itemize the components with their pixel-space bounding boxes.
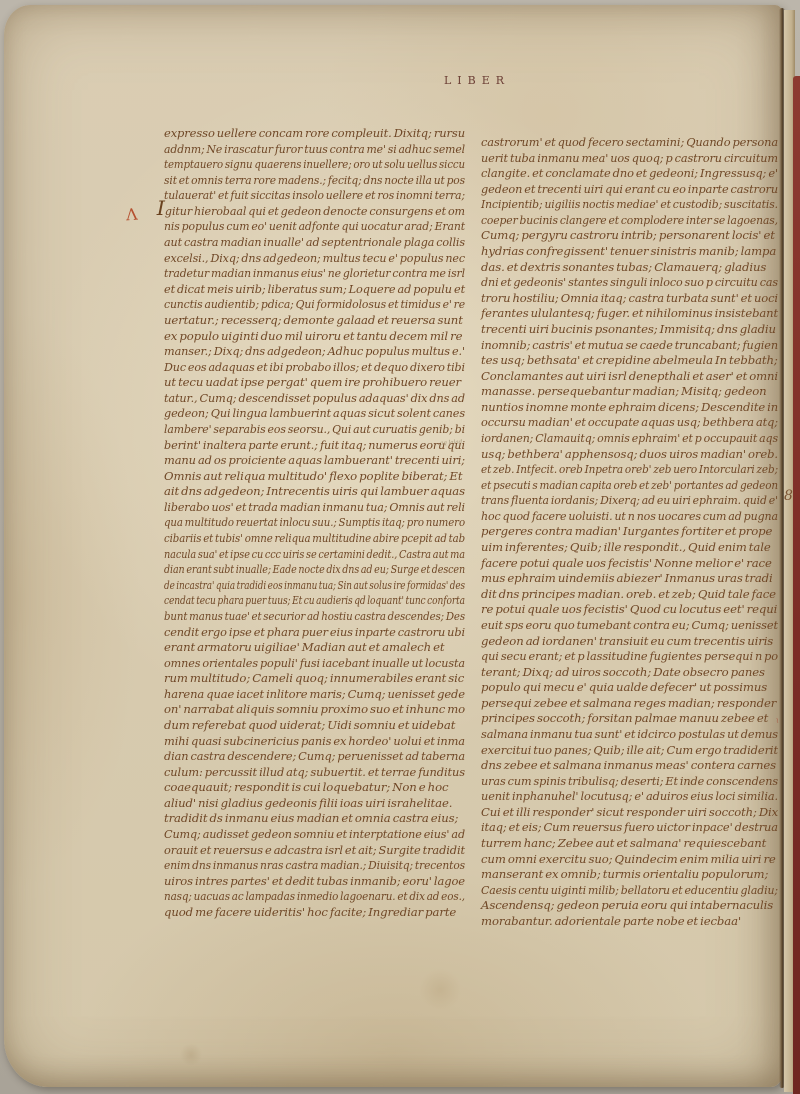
text-line-content: temptauero signu quaerens inuellere; oro… (164, 157, 465, 173)
text-line-content: Ascendensq; gedeon peruia eoru qui intab… (481, 898, 773, 914)
text-line-content: pergeres contra madian' Iurgantes fortit… (481, 524, 772, 540)
chapter-mark-8-icon: 8 (784, 488, 793, 504)
text-line-content: Omnis aut reliqua multitudo' flexo popli… (164, 469, 462, 485)
text-line-content: Cumq; audisset gedeon somniu et interpta… (164, 827, 465, 843)
text-line-content: Igitur hierobaal qui et gedeon denocte c… (164, 201, 465, 220)
text-line-content: tradetur madian inmanus eius' ne gloriet… (164, 266, 465, 282)
text-line-content: gedeon; Qui lingua lambuerint aquas sicu… (164, 406, 465, 422)
text-line-content: addnm; Ne irascatur furor tuus contra me… (164, 142, 465, 158)
text-line-content: inomnib; castris' et mutua se caede trun… (481, 338, 778, 354)
text-line-content: dian erant subt inualle; Eade nocte dix … (164, 562, 465, 578)
text-line-content: castrorum' et quod fecero sectamini; Qua… (481, 135, 778, 151)
text-line-content: et dicat meis uirib; liberatus sum; Loqu… (164, 282, 465, 298)
left-text-column: expresso uellere concam rore compleuit. … (164, 122, 465, 916)
text-line-content: Duc eos adaquas et ibi probabo illos; et… (164, 360, 465, 376)
text-line-content: re potui quale uos fecistis' Quod cu loc… (481, 602, 777, 618)
text-line-content: coeper bucinis clangere et complodere in… (481, 213, 778, 229)
text-line-content: dum referebat quod uiderat; Uidi somniu … (164, 718, 455, 734)
text-line-content: troru hostiliu; Omnia itaq; castra turba… (481, 291, 778, 307)
text-line-content: coaequauit; respondit is cui loquebatur;… (164, 780, 448, 796)
text-line-content: cunctis audientib; pdica; Qui formidolos… (164, 297, 465, 313)
text-line-content: ferantes ululantesq; fuger. et nihilomin… (481, 306, 778, 322)
text-line-content: dian castra descendere; Cumq; peruenisse… (164, 749, 465, 765)
text-line-content: aut castra madian inualle' ad septentrio… (164, 235, 465, 251)
text-line-content: ex populo uiginti duo mil uiroru et tant… (164, 329, 462, 345)
text-line-content: nuntios inomne monte ephraim dicens; Des… (481, 400, 778, 416)
text-line-content: terant; Dixq; ad uiros soccoth; Date obs… (481, 665, 765, 681)
text-line-content: hoc quod facere uoluisti. ut n nos uocar… (481, 509, 778, 525)
text-line-content: hydrias confregissent' tenuer sinistris … (481, 244, 776, 260)
text-line-content: turrem hanc; Zebee aut et salmana' requi… (481, 836, 766, 852)
text-line-content: excelsi., Dixq; dns adgedeon; multus tec… (164, 251, 465, 267)
text-line-content: aliud' nisi gladius gedeonis filii ioas … (164, 796, 452, 812)
text-line-content: ait dns adgedeon; Intrecentis uiris qui … (164, 484, 465, 500)
text-line-content: das. et dextris sonantes tubas; Clamauer… (481, 260, 766, 276)
text-line-content: usq; bethbera' apphensosq; duos uiros ma… (481, 447, 778, 463)
text-line: Igitur hierobaal qui et gedeon denocte c… (164, 200, 465, 216)
text-line-content: principes soccoth; forsitan palmae manuu… (481, 711, 768, 727)
text-line-content: et zeb. Intfecit. oreb Inpetra oreb' zeb… (481, 462, 778, 478)
text-line-content: qua multitudo reuertat inlocu suu.; Sump… (164, 515, 465, 531)
text-line-content: trecenti uiri bucinis psonantes; Immisit… (481, 322, 776, 338)
text-line-content: uras cum spinis tribulisq; deserti; Et i… (481, 774, 778, 790)
text-line-content: bunt manus tuae' et securior ad hostiu c… (164, 609, 465, 625)
text-line-content: enim dns inmanus nras castra madian.; Di… (164, 858, 465, 874)
text-line-content: sit et omnis terra rore madens.; fecitq;… (164, 173, 465, 189)
text-line-content: itaq; et eis; Cum reuersus fuero uictor … (481, 820, 778, 836)
text-line-content: Conclamantes aut uiri isrl denepthali et… (481, 369, 778, 385)
text-line-content: nasq; uacuas ac lampadas inmedio lagoena… (164, 889, 465, 905)
decorated-initial: I (157, 196, 165, 220)
running-title: LIBER (444, 74, 510, 87)
text-line-content: salmana inmanu tua sunt' et idcirco post… (481, 727, 778, 743)
text-line-content: dni et gedeonis' stantes singuli inloco … (481, 275, 778, 291)
text-line-content: cendat tecu phara puer tuus; Et cu audie… (164, 593, 465, 609)
text-line-content: uiros intres partes' et dedit tubas inma… (164, 874, 465, 890)
text-line-content: rum multitudo; Cameli quoq; innumerabile… (164, 671, 464, 687)
text-line-content: expresso uellere concam rore compleuit. … (164, 126, 465, 142)
text-line-content: persequi zebee et salmana reges madian; … (481, 696, 776, 712)
text-line-content: cibariis et tubis' omne reliqua multitud… (164, 531, 465, 547)
text-line-content: orauit et reuersus e adcastra isrl et ai… (164, 843, 465, 859)
text-line-content: tatur., Cumq; descendisset populus adaqu… (164, 391, 465, 407)
text-line-content: lambere' separabis eos seorsu., Qui aut … (164, 422, 465, 438)
text-line-content: Incipientib; uigiliis noctis mediae' et … (481, 197, 778, 213)
text-line-content: manu ad os proiciente aquas lambuerant' … (164, 453, 465, 469)
text-line-content: harena quae iacet inlitore maris; Cumq; … (164, 687, 465, 703)
text-line-content: populo qui mecu e' quia ualde defecer' u… (481, 680, 767, 696)
text-line-content: tradidit ds inmanu eius madian et omnia … (164, 811, 458, 827)
text-line-content: facere potui quale uos fecistis' Nonne m… (481, 556, 772, 572)
text-line-content: occursu madian' et occupate aquas usq; b… (481, 415, 778, 431)
text-line-content: erant armatoru uigiliae' Madian aut et a… (164, 640, 444, 656)
text-line-content: cum omni exercitu suo; Quindecim enim mi… (481, 852, 776, 868)
text-line-content: manser.; Dixq; dns adgedeon; Adhuc popul… (164, 344, 465, 360)
text-line-content: berint' inaltera parte erunt.; fuit itaq… (164, 438, 465, 454)
text-line-content: uertatur.; recesserq; demonte galaad et … (164, 313, 463, 329)
text-line-content: liberabo uos' et trada madian inmanu tua… (164, 500, 465, 516)
text-line-content: culum: percussit illud atq; subuertit. e… (164, 765, 465, 781)
text-line-content: manserant ex omnib; turmis orientaliu po… (481, 867, 768, 883)
text-line-content: clangite. et conclamate dno et gedeoni; … (481, 166, 778, 182)
text-line-content: on' narrabat aliquis somniu proximo suo … (164, 702, 465, 718)
text-line-content: dit dns principes madian. oreb. et zeb; … (481, 587, 776, 603)
text-line: castrorum' et quod fecero sectamini; Qua… (481, 131, 778, 147)
book-red-edge (793, 76, 800, 1094)
text-line-content: manasse. persequebantur madian; Misitq; … (481, 384, 767, 400)
text-line-content: trans fluenta iordanis; Dixerq; ad eu ui… (481, 493, 778, 509)
text-line-content: et psecuti s madian capita oreb et zeb' … (481, 478, 778, 494)
text-line-content: omnes orientales populi' fusi iacebant i… (164, 656, 465, 672)
right-text-column: castrorum' et quod fecero sectamini; Qua… (481, 131, 778, 925)
text-line-content: exercitui tuo panes; Quib; ille ait; Cum… (481, 743, 778, 759)
text-line-content: cendit ergo ipse et phara puer eius inpa… (164, 625, 465, 641)
text-line-content: gedeon et trecenti uiri qui erant cu eo … (481, 182, 778, 198)
text-line: expresso uellere concam rore compleuit. … (164, 122, 465, 138)
text-line-content: mihi quasi subcinericius panis ex hordeo… (164, 734, 465, 750)
text-line-content: Caesis centu uiginti milib; bellatoru et… (481, 883, 778, 899)
text-line-content: tes usq; bethsata' et crepidine abelmeul… (481, 353, 778, 369)
manuscript-photo: LIBER Λ 8 aq lalad ~ expresso uellere co… (0, 0, 800, 1094)
text-line-content: uerit tuba inmanu mea' uos quoq; p castr… (481, 151, 778, 167)
text-line-content: nis populus cum eo' uenit adfonte qui uo… (164, 219, 465, 235)
text-line-content: morabantur. adorientale parte nobe et ie… (481, 914, 741, 930)
text-line-content: gedeon ad iordanen' transiuit eu cum tre… (481, 634, 773, 650)
text-line-content: qui secu erant; et p lassitudine fugient… (481, 649, 778, 665)
text-line-content: Cui et illi responder' sicut responder u… (481, 805, 778, 821)
text-line-content: iordanen; Clamauitq; omnis ephraim' et p… (481, 431, 778, 447)
text-line-content: ut tecu uadat ipse pergat' quem ire proh… (164, 375, 461, 391)
text-line-content: mus ephraim uindemiis abiezer' Inmanus u… (481, 571, 773, 587)
text-line-content: de incastra' quia tradidi eos inmanu tua… (164, 578, 465, 594)
text-line-content: uim inferentes; Quib; ille respondit., Q… (481, 540, 771, 556)
text-line-content: Cumq; pergyru castroru intrib; personare… (481, 228, 775, 244)
text-line-content: dns zebee et salmana inmanus meas' conte… (481, 758, 776, 774)
text-line-content: euit sps eoru quo tumebant contra eu; Cu… (481, 618, 778, 634)
chapter-mark-7-icon: Λ (125, 205, 138, 225)
text-line-content: quod me facere uideritis' hoc facite; In… (164, 905, 456, 921)
text-line-content: nacula sua' et ipse cu ccc uiris se cert… (164, 547, 465, 563)
text-line-content: uenit inphanuhel' locutusq; e' aduiros e… (481, 789, 778, 805)
